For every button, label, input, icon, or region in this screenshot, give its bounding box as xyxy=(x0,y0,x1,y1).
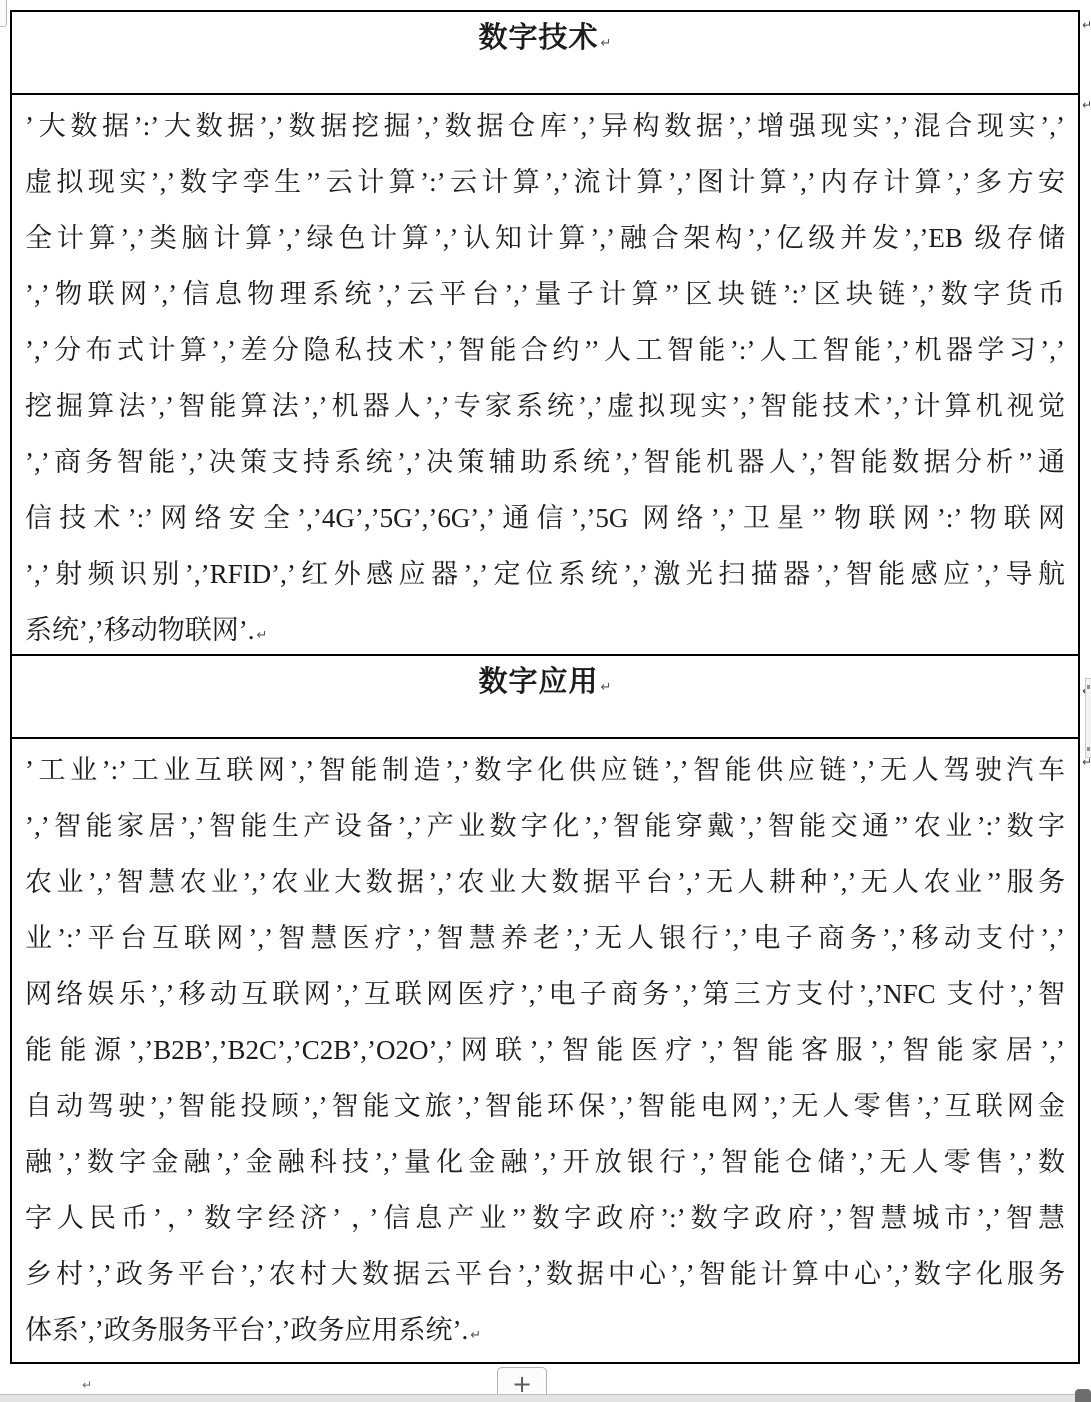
cell-text-line: ’,’射频识别’,’RFID’,’红外感应器’,’定位系统’,’激光扫描器’,’… xyxy=(25,546,1065,602)
word-document-page: 数字技术↵ ’大数据’:’大数据’,’数据挖掘’,’数据仓库’,’异构数据’,’… xyxy=(0,0,1091,1402)
pane-corner-fragment xyxy=(0,0,7,27)
table-cell-digital-technology-terms: ’大数据’:’大数据’,’数据挖掘’,’数据仓库’,’异构数据’,’增强现实’,… xyxy=(12,95,1078,656)
cell-text-line: 农业’,’智慧农业’,’农业大数据’,’农业大数据平台’,’无人耕种’,’无人农… xyxy=(25,854,1065,910)
paragraph-mark-icon: ↵ xyxy=(601,680,612,695)
table-header-row-digital-technology: 数字技术↵ xyxy=(12,12,1078,95)
row-end-mark-icon: ↵ xyxy=(1082,18,1091,32)
word-table: 数字技术↵ ’大数据’:’大数据’,’数据挖掘’,’数据仓库’,’异构数据’,’… xyxy=(10,10,1080,1364)
cell-text-line: ’,’智能家居’,’智能生产设备’,’产业数字化’,’智能穿戴’,’智能交通’’… xyxy=(25,798,1065,854)
cell-text-line: 自动驾驶’,’智能投顾’,’智能文旅’,’智能环保’,’智能电网’,’无人零售’… xyxy=(25,1078,1065,1134)
cell-text-line: 虚拟现实’,’数字孪生’’云计算’:’云计算’,’流计算’,’图计算’,’内存计… xyxy=(25,154,1065,210)
vertical-scrollbar-fragment[interactable] xyxy=(1085,678,1091,758)
cell-text-line: ’,’分布式计算’,’差分隐私技术’,’智能合约’’人工智能’:’人工智能’,’… xyxy=(25,322,1065,378)
table-cell-digital-application-terms: ’工业’:’工业互联网’,’智能制造’,’数字化供应链’,’智能供应链’,’无人… xyxy=(12,739,1078,1362)
paragraph-mark-icon: ↵ xyxy=(256,628,267,643)
paragraph-mark-icon: ↵ xyxy=(82,1378,92,1392)
paragraph-mark-icon: ↵ xyxy=(601,36,612,51)
scrollbar-tick-icon xyxy=(1087,685,1090,689)
cell-text-line: ’工业’:’工业互联网’,’智能制造’,’数字化供应链’,’智能供应链’,’无人… xyxy=(25,742,1065,798)
cell-text-line: 系统’,’移动物联网’.↵ xyxy=(25,602,1065,658)
cell-text-line: ’大数据’:’大数据’,’数据挖掘’,’数据仓库’,’异构数据’,’增强现实’,… xyxy=(25,98,1065,154)
cell-text: 系统’,’移动物联网’. xyxy=(25,615,254,645)
table-header-row-digital-application: 数字应用↵ xyxy=(12,656,1078,739)
cell-text-line: ’,’物联网’,’信息物理系统’,’云平台’,’量子计算’’区块链’:’区块链’… xyxy=(25,266,1065,322)
scrollbar-corner-thumb[interactable] xyxy=(1075,1389,1091,1402)
cell-text-line: 业’:’平台互联网’,’智慧医疗’,’智慧养老’,’无人银行’,’电子商务’,’… xyxy=(25,910,1065,966)
cell-text-line: 能能源’,’B2B’,’B2C’,’C2B’,’O2O’,’网联’,’智能医疗’… xyxy=(25,1022,1065,1078)
cell-text-line: ’,’商务智能’,’决策支持系统’,’决策辅助系统’,’智能机器人’,’智能数据… xyxy=(25,434,1065,490)
paragraph-mark-icon: ↵ xyxy=(470,1328,481,1343)
section-header-digital-technology: 数字技术 xyxy=(479,22,599,54)
horizontal-scrollbar[interactable] xyxy=(0,1394,1091,1402)
cell-text-line: 字人民币’，’ 数字经济’ ，’信息产业’’数字政府’:’数字政府’,’智慧城市… xyxy=(25,1190,1065,1246)
cell-text-line: 融’,’数字金融’,’金融科技’,’量化金融’,’开放银行’,’智能仓储’,’无… xyxy=(25,1134,1065,1190)
cell-text: 体系’,’政务服务平台’,’政务应用系统’. xyxy=(25,1315,468,1345)
cell-text-line: 挖掘算法’,’智能算法’,’机器人’,’专家系统’,’虚拟现实’,’智能技术’,… xyxy=(25,378,1065,434)
cell-text-line: 全计算’,’类脑计算’,’绿色计算’,’认知计算’,’融合架构’,’亿级并发’,… xyxy=(25,210,1065,266)
cell-text-line: 信技术’:’网络安全’,’4G’,’5G’,’6G’,’通信’,’5G 网络’,… xyxy=(25,490,1065,546)
cell-text-line: 乡村’,’政务平台’,’农村大数据云平台’,’数据中心’,’智能计算中心’,’数… xyxy=(25,1246,1065,1302)
section-header-digital-application: 数字应用 xyxy=(479,666,599,698)
cell-text-line: 体系’,’政务服务平台’,’政务应用系统’.↵ xyxy=(25,1302,1065,1358)
scrollbar-tick-icon xyxy=(1087,747,1090,751)
cell-text-line: 网络娱乐’,’移动互联网’,’互联网医疗’,’电子商务’,’第三方支付’,’NF… xyxy=(25,966,1065,1022)
row-end-mark-icon: ↵ xyxy=(1082,98,1091,112)
